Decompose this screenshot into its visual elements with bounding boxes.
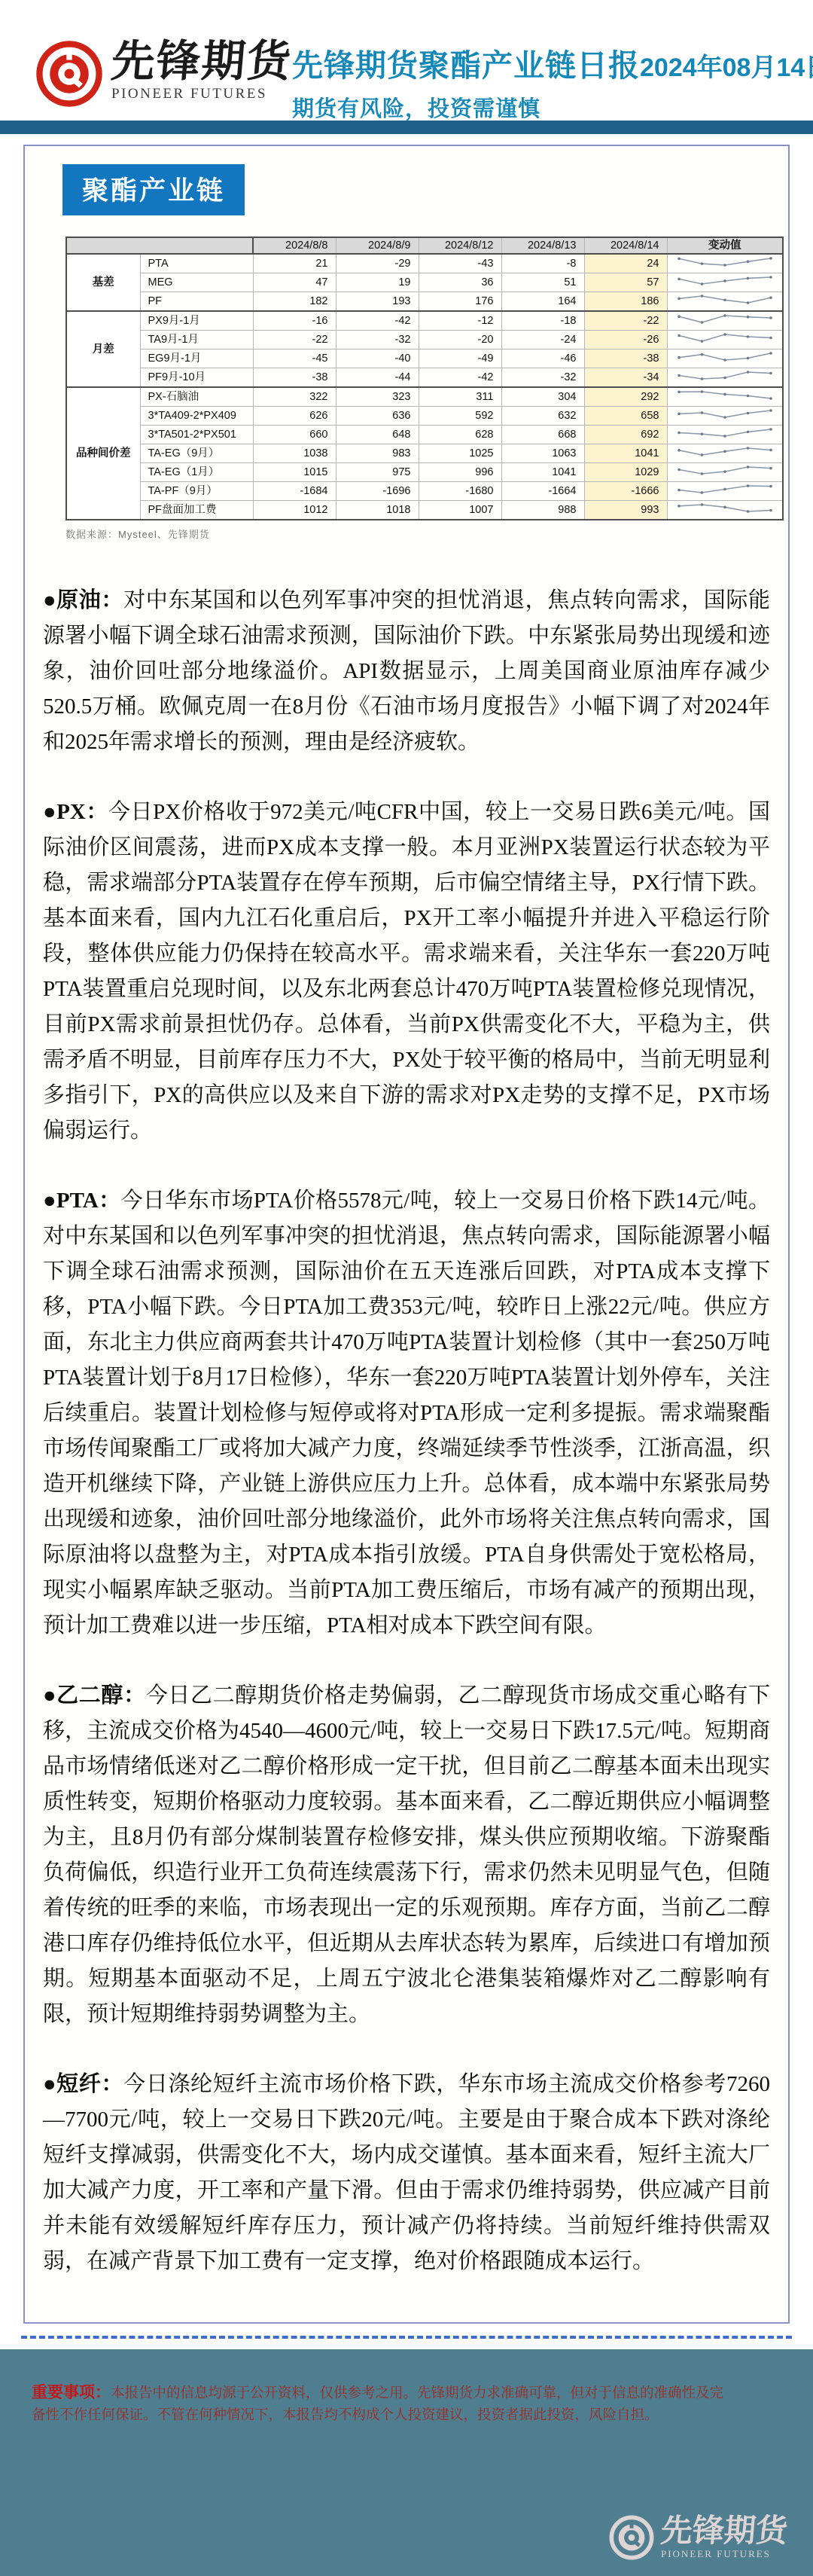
trend-sparkline bbox=[676, 426, 774, 439]
section-label: ●短纤： bbox=[43, 2072, 123, 2096]
trend-sparkline bbox=[676, 502, 774, 514]
section-label: ●乙二醇： bbox=[43, 1683, 146, 1708]
value-cell: -38 bbox=[253, 368, 336, 388]
value-cell: -22 bbox=[253, 331, 336, 349]
dashed-divider bbox=[21, 2336, 792, 2339]
sparkline-cell bbox=[667, 311, 783, 331]
table-corner-cell bbox=[66, 237, 253, 254]
value-cell: -32 bbox=[501, 368, 584, 388]
row-label: MEG bbox=[140, 273, 253, 292]
sparkline-cell bbox=[667, 501, 783, 520]
value-cell: 164 bbox=[501, 292, 584, 312]
sparkline-cell bbox=[667, 273, 783, 292]
section-crude-oil: ●原油：对中东某国和以色列军事冲突的担忧消退，焦点转向需求，国际能源署小幅下调全… bbox=[43, 583, 770, 760]
commentary-sections: ●原油：对中东某国和以色列军事冲突的担忧消退，焦点转向需求，国际能源署小幅下调全… bbox=[43, 583, 770, 2279]
row-label: PTA bbox=[140, 254, 253, 273]
section-text: 今日PX价格收于972美元/吨CFR中国，较上一交易日跌6美元/吨。国际油价区间… bbox=[43, 800, 770, 1143]
value-cell: 322 bbox=[253, 387, 336, 407]
value-cell: -42 bbox=[336, 311, 419, 331]
sparkline-cell bbox=[667, 407, 783, 426]
value-cell: -34 bbox=[584, 368, 667, 388]
row-label: PX-石脑油 bbox=[140, 387, 253, 407]
row-label: TA-EG（9月） bbox=[140, 444, 253, 463]
report-footer: 重要事项：本报告中的信息均源于公开资料，仅供参考之用。先锋期货力求准确可靠，但对… bbox=[0, 2349, 813, 2576]
section-text: 今日涤纶短纤主流市场价格下跌，华东市场主流成交价格参考7260—7700元/吨，… bbox=[43, 2072, 770, 2273]
value-cell: -22 bbox=[584, 311, 667, 331]
trend-sparkline bbox=[676, 445, 774, 458]
value-cell: 1012 bbox=[253, 501, 336, 520]
disclaimer: 重要事项：本报告中的信息均源于公开资料，仅供参考之用。先锋期货力求准确可靠，但对… bbox=[32, 2382, 732, 2425]
row-label: TA9月-1月 bbox=[140, 331, 253, 349]
value-cell: 311 bbox=[419, 387, 501, 407]
section-label: ●PX： bbox=[43, 800, 108, 824]
section-text: 今日乙二醇期货价格走势偏弱，乙二醇现货市场成交重心略有下移，主流成交价格为454… bbox=[43, 1683, 770, 2026]
trend-sparkline bbox=[676, 483, 774, 496]
value-cell: 1018 bbox=[336, 501, 419, 520]
section-text: 今日华东市场PTA价格5578元/吨，较上一交易日价格下跌14元/吨。对中东某国… bbox=[43, 1189, 770, 1637]
trend-sparkline bbox=[676, 407, 774, 420]
value-cell: -43 bbox=[419, 254, 501, 273]
section-label: ●PTA： bbox=[43, 1189, 121, 1213]
value-cell: 993 bbox=[584, 501, 667, 520]
brand-name-cn: 先锋期货 bbox=[109, 39, 294, 83]
row-group-label: 基差 bbox=[66, 254, 140, 311]
watermark-name-cn: 先锋期货 bbox=[659, 2515, 789, 2547]
value-cell: -1684 bbox=[253, 482, 336, 501]
row-label: 3*TA409-2*PX409 bbox=[140, 407, 253, 426]
trend-sparkline bbox=[676, 313, 774, 325]
value-cell: 176 bbox=[419, 292, 501, 312]
table-row: TA-PF（9月）-1684-1696-1680-1664-1666 bbox=[66, 482, 783, 501]
sparkline-cell bbox=[667, 426, 783, 444]
report-title: 先锋期货聚酯产业链日报2024年08月14日（晚） bbox=[292, 41, 813, 85]
value-cell: -32 bbox=[336, 331, 419, 349]
report-date: 2024年08月14日（晚） bbox=[640, 53, 813, 82]
value-cell: -45 bbox=[253, 349, 336, 368]
trend-sparkline bbox=[676, 350, 774, 363]
table-row: 3*TA501-2*PX501660648628668692 bbox=[66, 426, 783, 444]
value-cell: -1696 bbox=[336, 482, 419, 501]
value-cell: 668 bbox=[501, 426, 584, 444]
value-cell: 24 bbox=[584, 254, 667, 273]
price-table: 2024/8/8 2024/8/9 2024/8/12 2024/8/13 20… bbox=[65, 237, 784, 520]
data-source-note: 数据来源：Mysteel、先锋期货 bbox=[65, 526, 788, 541]
value-cell: -24 bbox=[501, 331, 584, 349]
table-row: MEG4719365157 bbox=[66, 273, 783, 292]
sparkline-cell bbox=[667, 254, 783, 273]
col-header-date: 2024/8/8 bbox=[253, 237, 336, 254]
title-block: 先锋期货聚酯产业链日报2024年08月14日（晚） 期货有风险，投资需谨慎 bbox=[292, 39, 813, 123]
value-cell: -29 bbox=[336, 254, 419, 273]
sparkline-cell bbox=[667, 368, 783, 388]
report-body-panel: 聚酯产业链 2024/8/8 2024/8/9 2024/8/12 2024/8… bbox=[23, 145, 790, 2324]
value-cell: 47 bbox=[253, 273, 336, 292]
table-row: PF182193176164186 bbox=[66, 292, 783, 312]
table-header-row: 2024/8/8 2024/8/9 2024/8/12 2024/8/13 20… bbox=[66, 237, 783, 254]
value-cell: 636 bbox=[336, 407, 419, 426]
value-cell: -18 bbox=[501, 311, 584, 331]
trend-sparkline bbox=[676, 293, 774, 306]
row-label: 3*TA501-2*PX501 bbox=[140, 426, 253, 444]
value-cell: 988 bbox=[501, 501, 584, 520]
sparkline-cell bbox=[667, 387, 783, 407]
section-px: ●PX：今日PX价格收于972美元/吨CFR中国，较上一交易日跌6美元/吨。国际… bbox=[43, 795, 770, 1149]
value-cell: -20 bbox=[419, 331, 501, 349]
table-row: 品种间价差PX-石脑油322323311304292 bbox=[66, 387, 783, 407]
value-cell: -16 bbox=[253, 311, 336, 331]
row-label: PF盘面加工费 bbox=[140, 501, 253, 520]
row-group-label: 品种间价差 bbox=[66, 387, 140, 520]
value-cell: -44 bbox=[336, 368, 419, 388]
sparkline-cell bbox=[667, 463, 783, 482]
value-cell: 592 bbox=[419, 407, 501, 426]
disclaimer-label: 重要事项： bbox=[32, 2384, 111, 2401]
disclaimer-text: 本报告中的信息均源于公开资料，仅供参考之用。先锋期货力求准确可靠，但对于信息的准… bbox=[32, 2385, 723, 2422]
value-cell: 1007 bbox=[419, 501, 501, 520]
report-title-text: 先锋期货聚酯产业链日报 bbox=[292, 48, 640, 83]
table-row: PF9月-10月-38-44-42-32-34 bbox=[66, 368, 783, 388]
risk-warning-subtitle: 期货有风险，投资需谨慎 bbox=[292, 92, 813, 123]
brand-text: 先锋期货 PIONEER FUTURES bbox=[111, 39, 292, 102]
value-cell: -12 bbox=[419, 311, 501, 331]
header-divider-bar bbox=[0, 121, 813, 134]
value-cell: 626 bbox=[253, 407, 336, 426]
row-label: PF9月-10月 bbox=[140, 368, 253, 388]
section-staple-fiber: ●短纤：今日涤纶短纤主流市场价格下跌，华东市场主流成交价格参考7260—7700… bbox=[43, 2067, 770, 2279]
value-cell: -38 bbox=[584, 349, 667, 368]
value-cell: 36 bbox=[419, 273, 501, 292]
value-cell: 983 bbox=[336, 444, 419, 463]
sparkline-cell bbox=[667, 444, 783, 463]
trend-sparkline bbox=[676, 389, 774, 401]
section-text: 对中东某国和以色列军事冲突的担忧消退，焦点转向需求，国际能源署小幅下调全球石油需… bbox=[43, 588, 770, 754]
table-row: PF盘面加工费101210181007988993 bbox=[66, 501, 783, 520]
trend-sparkline bbox=[676, 255, 774, 268]
table-row: 基差PTA21-29-43-824 bbox=[66, 254, 783, 273]
table-row: TA-EG（9月）1038983102510631041 bbox=[66, 444, 783, 463]
value-cell: 1029 bbox=[584, 463, 667, 482]
trend-sparkline bbox=[676, 369, 774, 382]
sparkline-cell bbox=[667, 331, 783, 349]
value-cell: -8 bbox=[501, 254, 584, 273]
value-cell: 648 bbox=[336, 426, 419, 444]
value-cell: 292 bbox=[584, 387, 667, 407]
value-cell: -1680 bbox=[419, 482, 501, 501]
value-cell: 304 bbox=[501, 387, 584, 407]
value-cell: 19 bbox=[336, 273, 419, 292]
col-header-date: 2024/8/12 bbox=[419, 237, 501, 254]
table-row: 月差PX9月-1月-16-42-12-18-22 bbox=[66, 311, 783, 331]
table-row: EG9月-1月-45-40-49-46-38 bbox=[66, 349, 783, 368]
value-cell: 1038 bbox=[253, 444, 336, 463]
trend-sparkline bbox=[676, 331, 774, 344]
table-row: TA9月-1月-22-32-20-24-26 bbox=[66, 331, 783, 349]
row-label: EG9月-1月 bbox=[140, 349, 253, 368]
value-cell: 692 bbox=[584, 426, 667, 444]
pioneer-logo-icon bbox=[35, 39, 104, 108]
price-table-body: 基差PTA21-29-43-824MEG4719365157PF18219317… bbox=[66, 254, 783, 520]
sparkline-cell bbox=[667, 482, 783, 501]
value-cell: 186 bbox=[584, 292, 667, 312]
col-header-date: 2024/8/14 bbox=[584, 237, 667, 254]
row-label: PF bbox=[140, 292, 253, 312]
value-cell: -26 bbox=[584, 331, 667, 349]
sparkline-cell bbox=[667, 349, 783, 368]
value-cell: 1015 bbox=[253, 463, 336, 482]
value-cell: -49 bbox=[419, 349, 501, 368]
value-cell: 57 bbox=[584, 273, 667, 292]
value-cell: 658 bbox=[584, 407, 667, 426]
table-row: 3*TA409-2*PX409626636592632658 bbox=[66, 407, 783, 426]
value-cell: -40 bbox=[336, 349, 419, 368]
sparkline-cell bbox=[667, 292, 783, 312]
value-cell: 21 bbox=[253, 254, 336, 273]
row-group-label: 月差 bbox=[66, 311, 140, 387]
watermark-text: 先锋期货 PIONEER FUTURES bbox=[661, 2515, 787, 2560]
watermark-name-en: PIONEER FUTURES bbox=[661, 2548, 787, 2560]
row-label: PX9月-1月 bbox=[140, 311, 253, 331]
value-cell: 660 bbox=[253, 426, 336, 444]
section-label: ●原油： bbox=[43, 588, 123, 612]
value-cell: -1666 bbox=[584, 482, 667, 501]
value-cell: 193 bbox=[336, 292, 419, 312]
value-cell: 996 bbox=[419, 463, 501, 482]
value-cell: 632 bbox=[501, 407, 584, 426]
value-cell: 323 bbox=[336, 387, 419, 407]
brand-name-en: PIONEER FUTURES bbox=[111, 86, 292, 102]
value-cell: 628 bbox=[419, 426, 501, 444]
value-cell: 1041 bbox=[584, 444, 667, 463]
col-header-date: 2024/8/13 bbox=[501, 237, 584, 254]
value-cell: 51 bbox=[501, 273, 584, 292]
price-table-wrap: 2024/8/8 2024/8/9 2024/8/12 2024/8/13 20… bbox=[65, 237, 788, 520]
section-badge: 聚酯产业链 bbox=[62, 164, 245, 215]
pioneer-logo-watermark-icon bbox=[608, 2514, 655, 2561]
value-cell: 1041 bbox=[501, 463, 584, 482]
row-label: TA-EG（1月） bbox=[140, 463, 253, 482]
row-label: TA-PF（9月） bbox=[140, 482, 253, 501]
footer-watermark: 先锋期货 PIONEER FUTURES bbox=[608, 2514, 787, 2561]
value-cell: -42 bbox=[419, 368, 501, 388]
value-cell: -46 bbox=[501, 349, 584, 368]
value-cell: 182 bbox=[253, 292, 336, 312]
value-cell: 1025 bbox=[419, 444, 501, 463]
brand-block: 先锋期货 PIONEER FUTURES bbox=[35, 39, 276, 108]
value-cell: 975 bbox=[336, 463, 419, 482]
value-cell: 1063 bbox=[501, 444, 584, 463]
value-cell: -1664 bbox=[501, 482, 584, 501]
section-pta: ●PTA：今日华东市场PTA价格5578元/吨，较上一交易日价格下跌14元/吨。… bbox=[43, 1183, 770, 1644]
table-row: TA-EG（1月）101597599610411029 bbox=[66, 463, 783, 482]
section-meg: ●乙二醇：今日乙二醇期货价格走势偏弱，乙二醇现货市场成交重心略有下移，主流成交价… bbox=[43, 1678, 770, 2032]
trend-sparkline bbox=[676, 464, 774, 477]
col-header-date: 2024/8/9 bbox=[336, 237, 419, 254]
trend-sparkline bbox=[676, 274, 774, 287]
col-header-change: 变动值 bbox=[667, 237, 783, 254]
report-header: 先锋期货 PIONEER FUTURES 先锋期货聚酯产业链日报2024年08月… bbox=[0, 0, 813, 121]
